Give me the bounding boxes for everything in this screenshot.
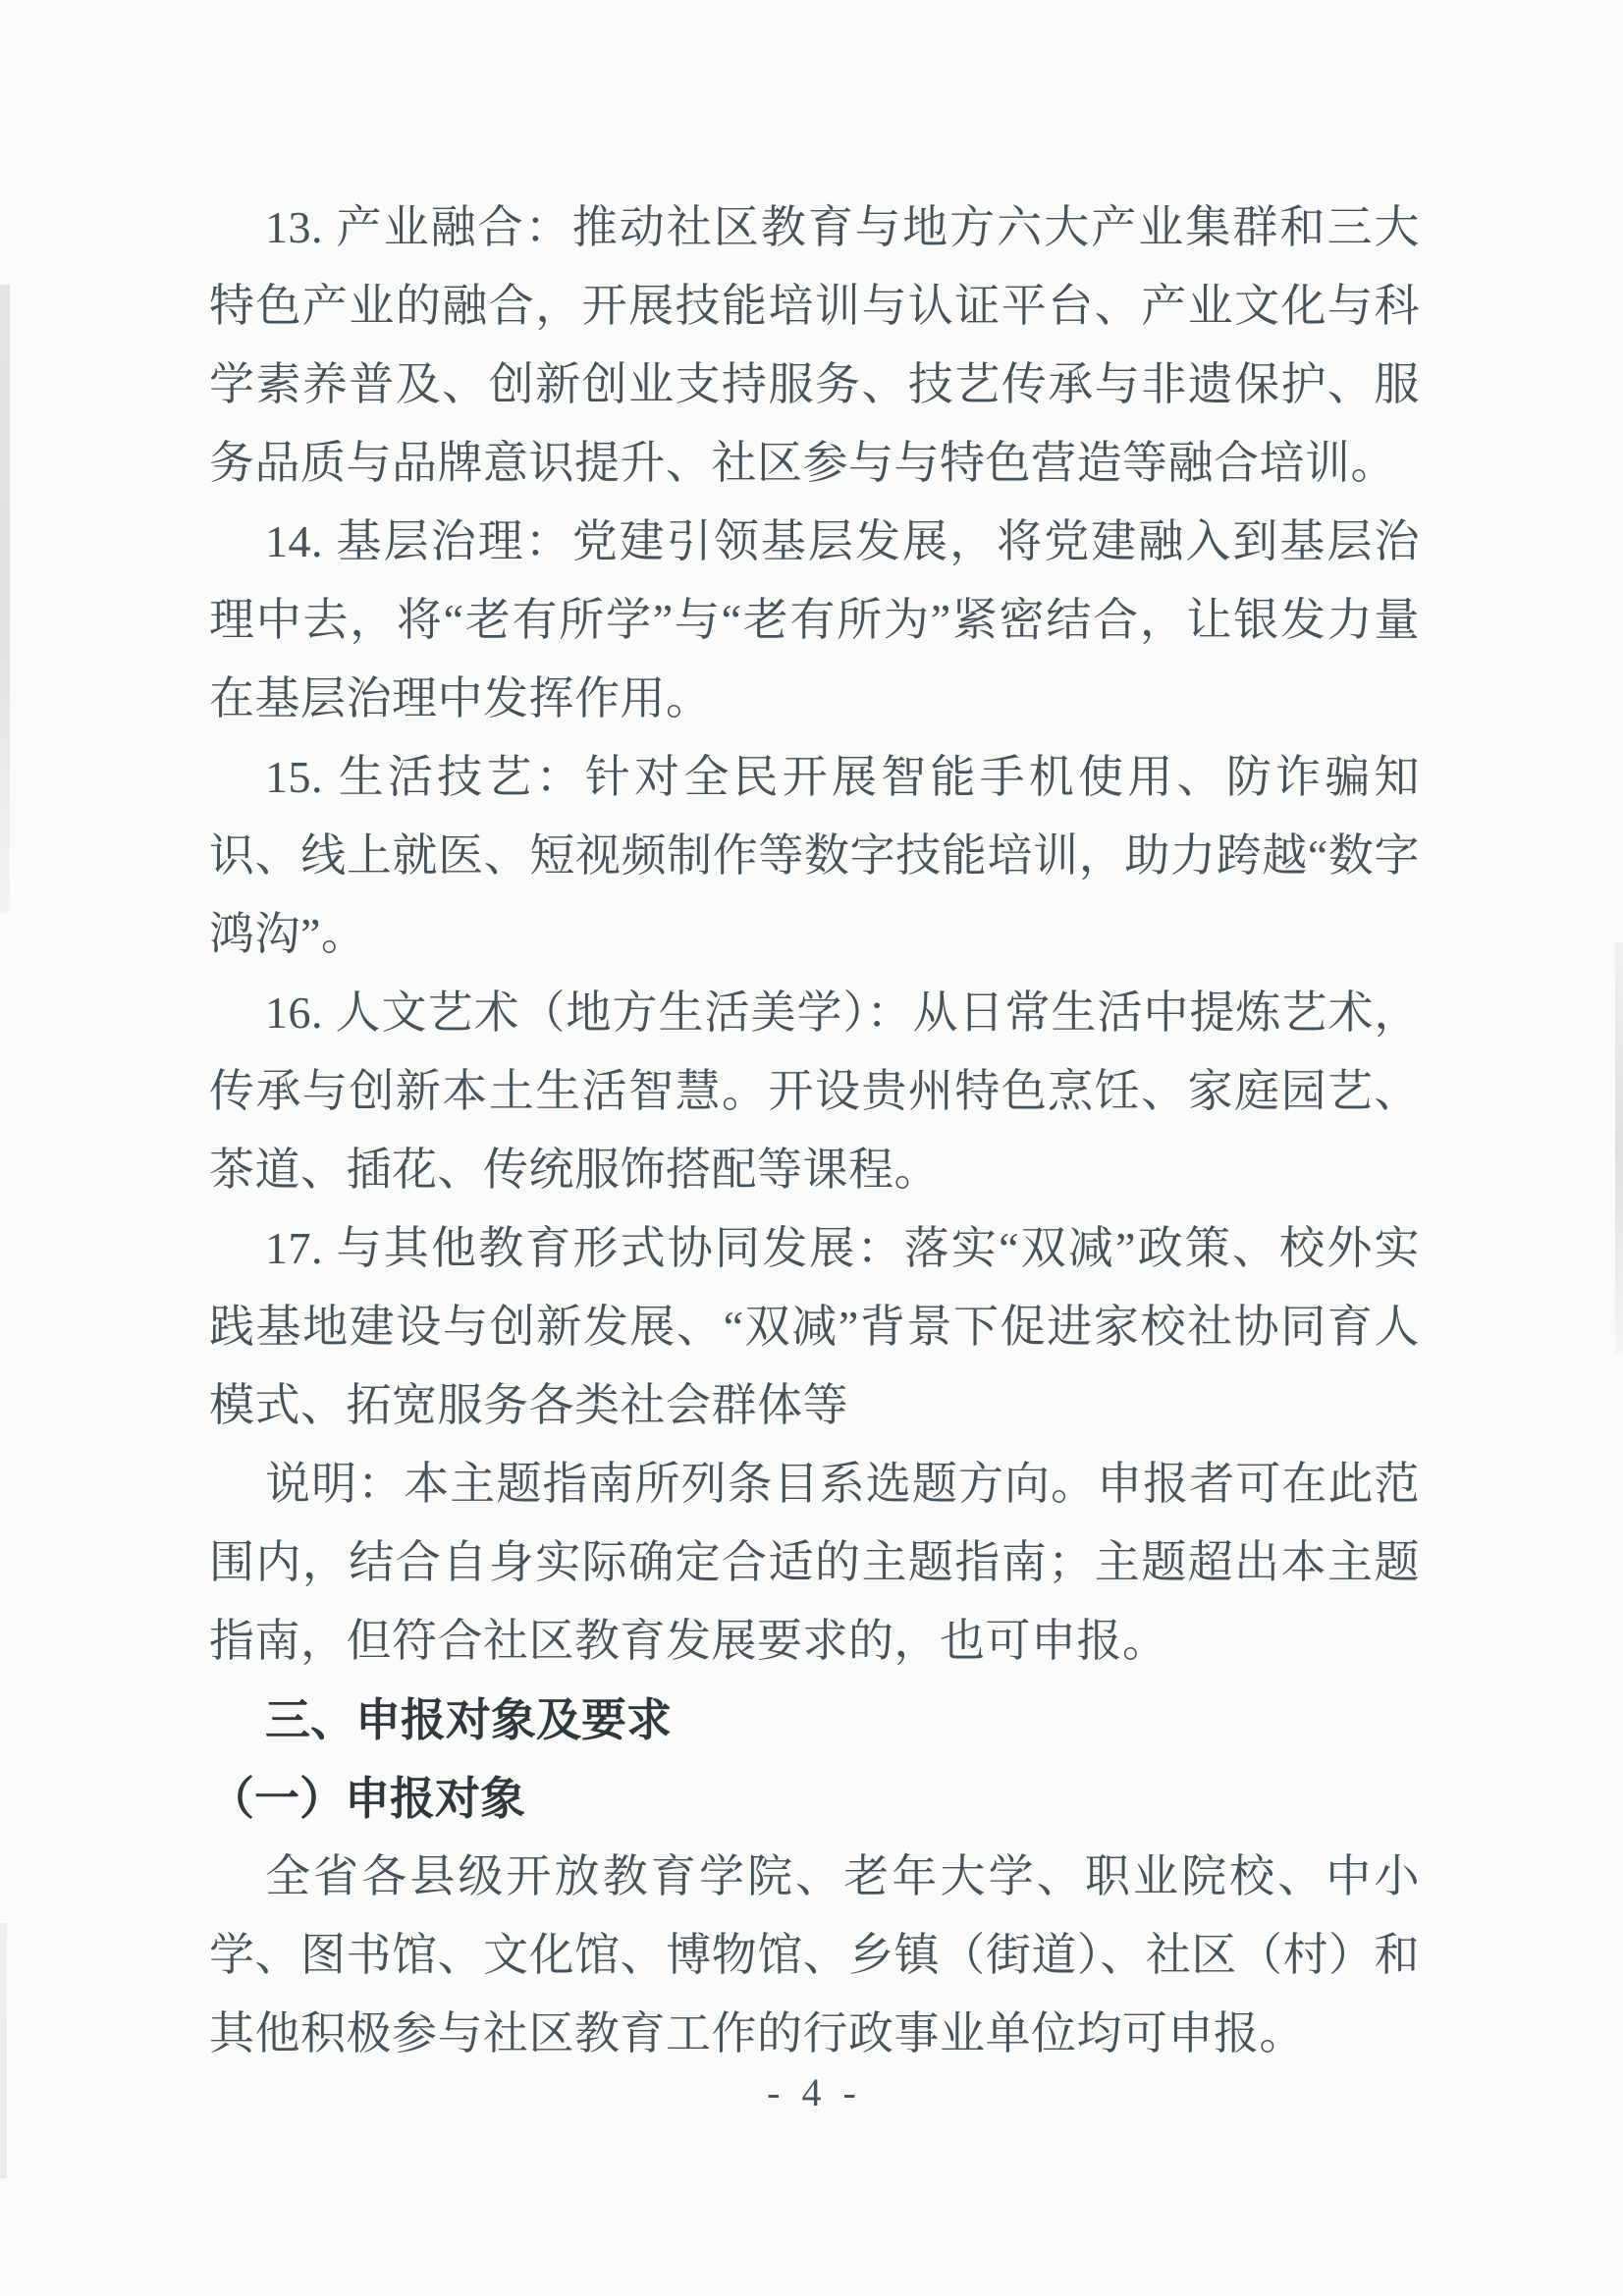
- paragraph-item-16: 16. 人文艺术（地方生活美学）：从日常生活中提炼艺术，传承与创新本土生活智慧。…: [209, 974, 1420, 1209]
- note-paragraph: 说明：本主题指南所列条目系选题方向。申报者可在此范围内，结合自身实际确定合适的主…: [209, 1445, 1420, 1681]
- section-heading-application-targets: 三、申报对象及要求: [209, 1681, 1420, 1759]
- scan-artifact-bottom: [0, 1923, 7, 2178]
- paragraph-item-13: 13. 产业融合：推动社区教育与地方六大产业集群和三大特色产业的融合，开展技能培…: [209, 188, 1420, 503]
- document-page: 13. 产业融合：推动社区教育与地方六大产业集群和三大特色产业的融合，开展技能培…: [0, 0, 1623, 2296]
- paragraph-item-14: 14. 基层治理：党建引领基层发展，将党建融入到基层治理中去，将“老有所学”与“…: [209, 503, 1420, 738]
- scan-artifact-left: [0, 285, 10, 913]
- subsection-heading-applicants: （一）申报对象: [209, 1759, 1420, 1838]
- paragraph-item-17: 17. 与其他教育形式协同发展：落实“双减”政策、校外实践基地建设与创新发展、“…: [209, 1209, 1420, 1445]
- scan-artifact-right: [1615, 942, 1623, 1355]
- paragraph-applicants: 全省各县级开放教育学院、老年大学、职业院校、中小学、图书馆、文化馆、博物馆、乡镇…: [209, 1838, 1420, 2073]
- text-block: 13. 产业融合：推动社区教育与地方六大产业集群和三大特色产业的融合，开展技能培…: [209, 188, 1420, 2073]
- page-number: - 4 -: [209, 2069, 1420, 2115]
- paragraph-item-15: 15. 生活技艺：针对全民开展智能手机使用、防诈骗知识、线上就医、短视频制作等数…: [209, 738, 1420, 974]
